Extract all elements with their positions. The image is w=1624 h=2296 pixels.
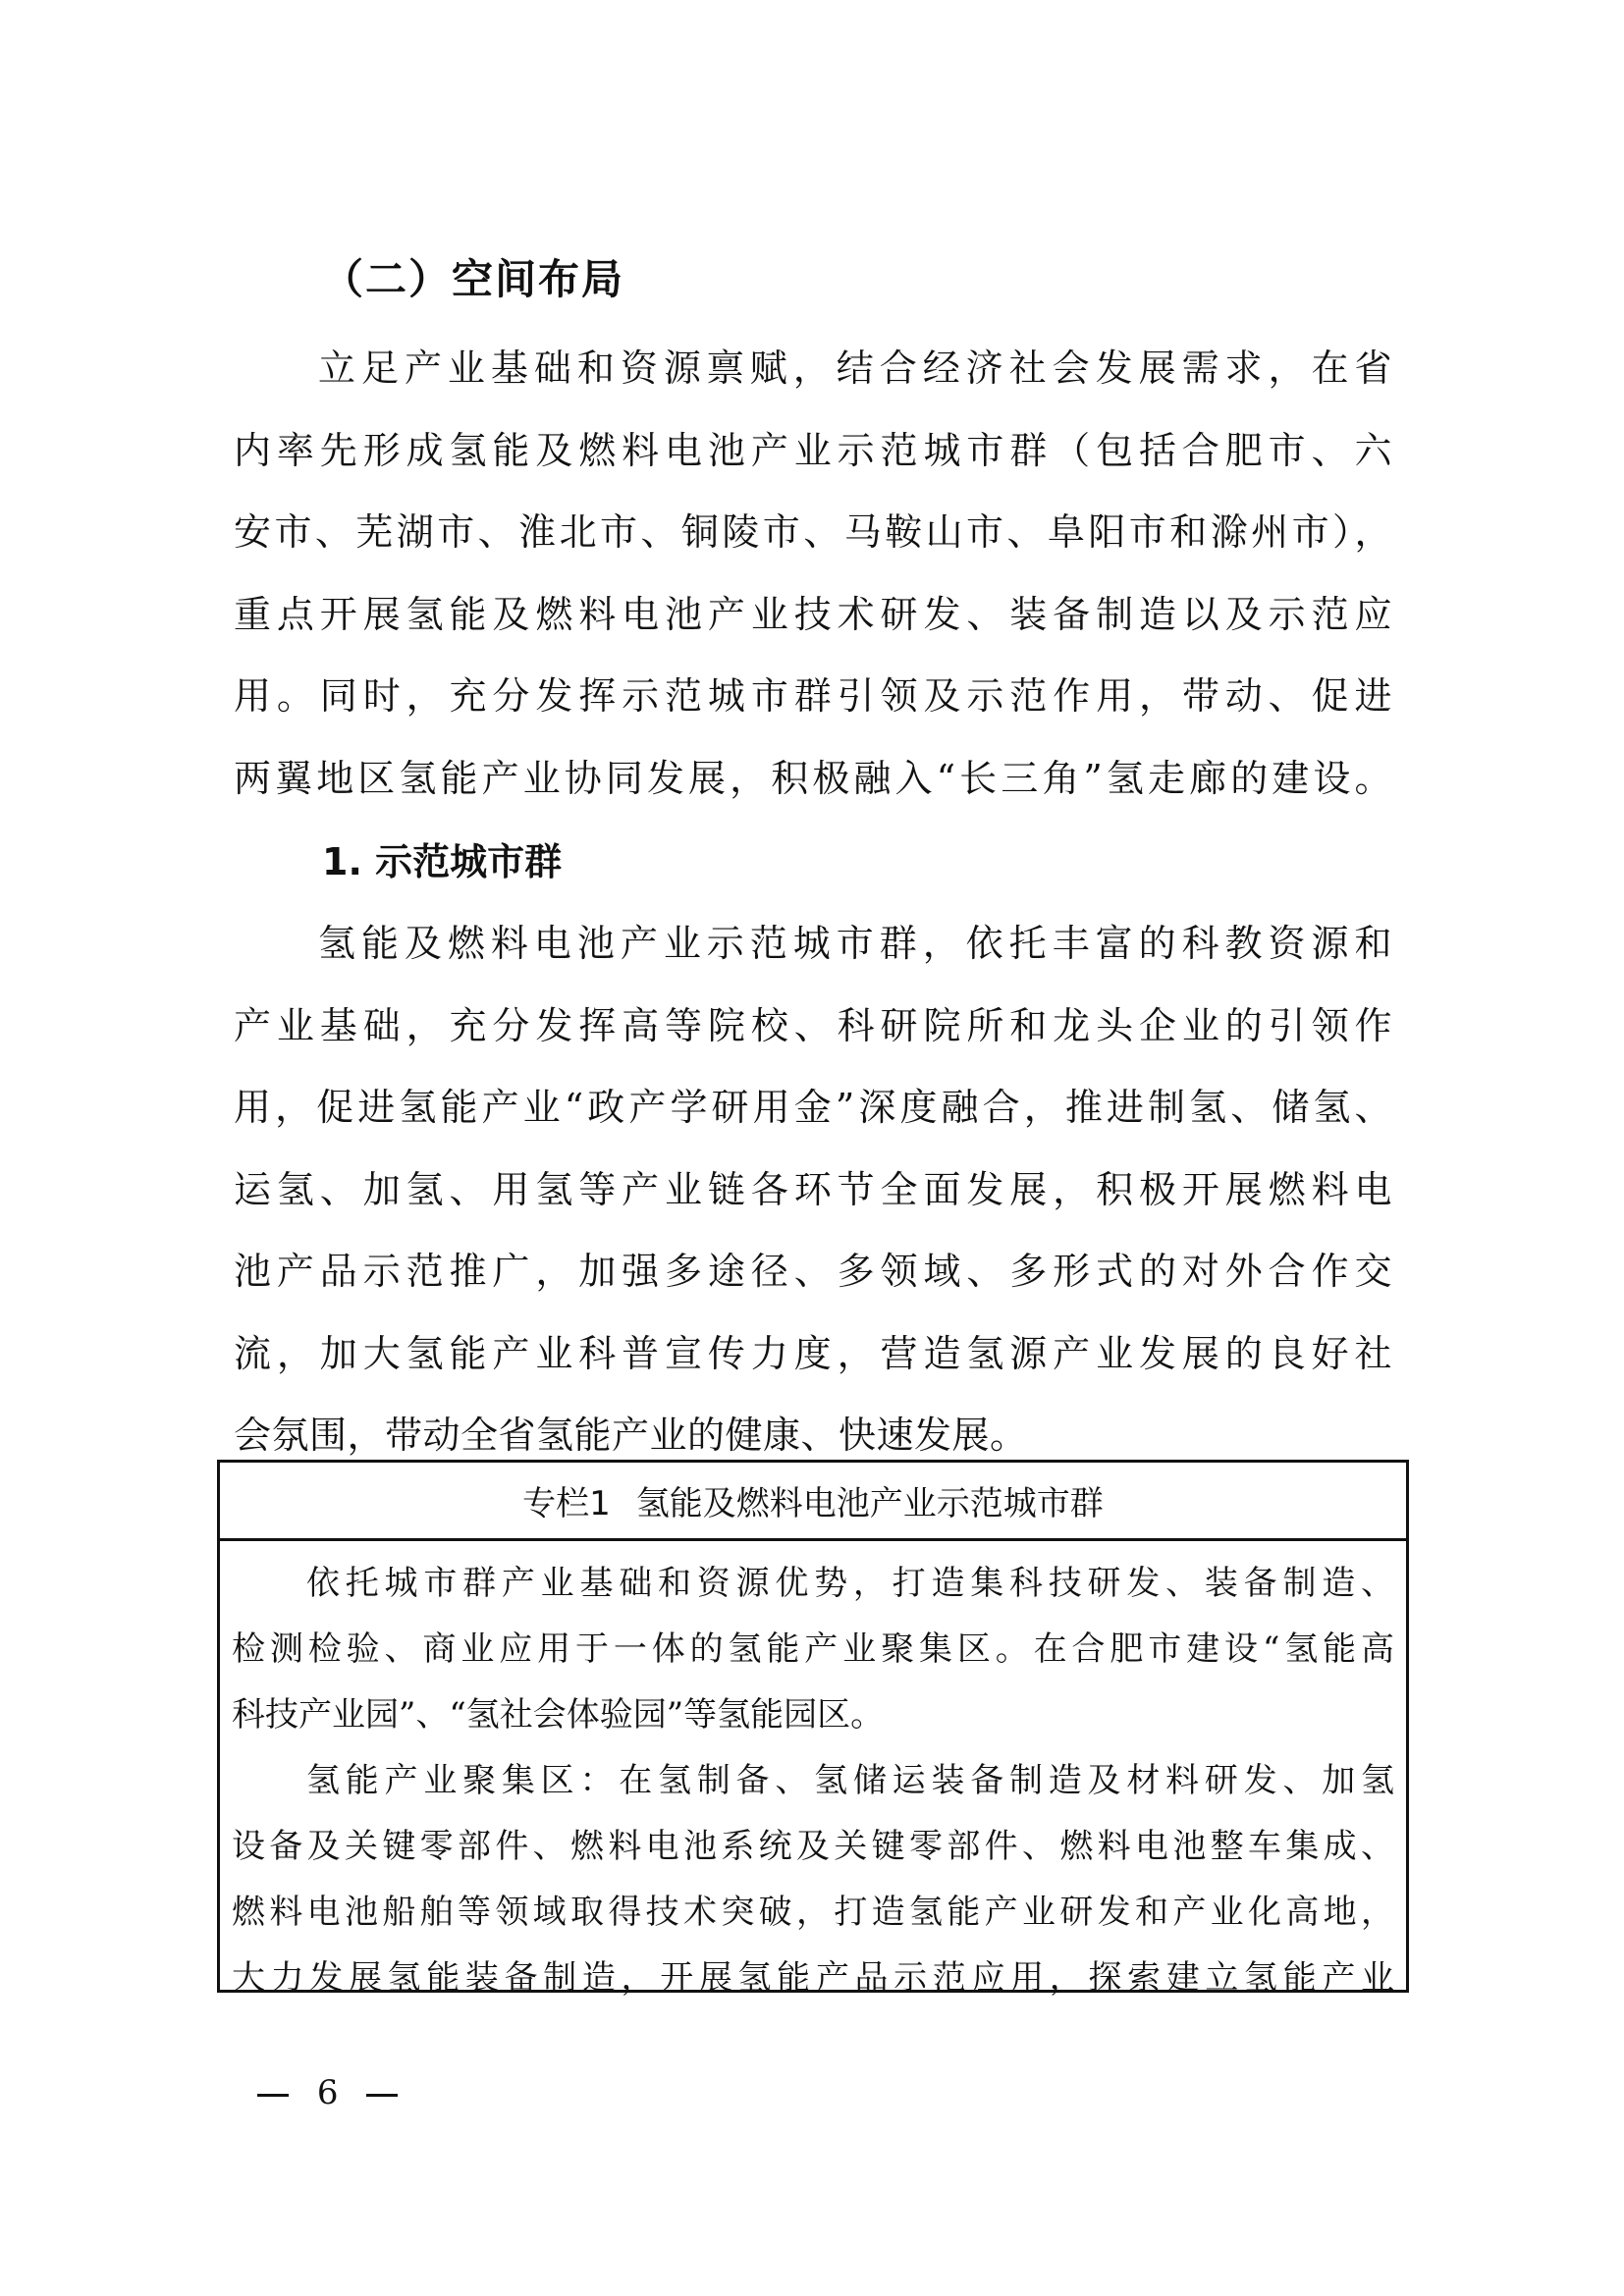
box-body: 依托城市群产业基础和资源优势，打造集科技研发、装备制造、 检测检验、商业应用于一… (220, 1551, 1406, 2011)
paragraph-line: 运氢、加氢、用氢等产业链各环节全面发展，积极开展燃料电 (234, 1149, 1392, 1232)
paragraph-line: 立足产业基础和资源禀赋，结合经济社会发展需求，在省 (234, 328, 1392, 410)
box-line: 科技产业园”、“氢社会体验园”等氢能园区。 (232, 1682, 1394, 1748)
dash-right (366, 2094, 398, 2097)
paragraph-line: 产业基础，充分发挥高等院校、科研院所和龙头企业的引领作 (234, 986, 1392, 1068)
paragraph-line: 流，加大氢能产业科普宣传力度，营造氢源产业发展的良好社 (234, 1313, 1392, 1396)
paragraph-line: 内率先形成氢能及燃料电池产业示范城市群（包括合肥市、六 (234, 410, 1392, 493)
subsection-heading: 1. 示范城市群 (322, 832, 562, 891)
box-line: 氢能产业聚集区：在氢制备、氢储运装备制造及材料研发、加氢 (232, 1748, 1394, 1814)
box-title: 专栏1 氢能及燃料电池产业示范城市群 (220, 1463, 1406, 1541)
box-line: 检测检验、商业应用于一体的氢能产业聚集区。在合肥市建设“氢能高 (232, 1617, 1394, 1682)
paragraph-line: 用，促进氢能产业“政产学研用金”深度融合，推进制氢、储氢、 (234, 1067, 1392, 1149)
box-line: 燃料电池船舶等领域取得技术突破，打造氢能产业研发和产业化高地， (232, 1880, 1394, 1946)
paragraph-line: 用。同时，充分发挥示范城市群引领及示范作用，带动、促进 (234, 656, 1392, 738)
box-line: 大力发展氢能装备制造，开展氢能产品示范应用，探索建立氢能产业 (232, 1946, 1394, 2011)
paragraph-line: 重点开展氢能及燃料电池产业技术研发、装备制造以及示范应 (234, 574, 1392, 657)
box-title-number: 专栏1 (522, 1476, 611, 1524)
section-heading: （二）空间布局 (322, 250, 624, 309)
box-line: 依托城市群产业基础和资源优势，打造集科技研发、装备制造、 (232, 1551, 1394, 1617)
dash-left (257, 2094, 289, 2097)
paragraph-line: 池产品示范推广，加强多途径、多领域、多形式的对外合作交 (234, 1231, 1392, 1313)
subsection-paragraph: 氢能及燃料电池产业示范城市群，依托丰富的科教资源和 产业基础，充分发挥高等院校、… (234, 903, 1392, 1477)
paragraph-line: 氢能及燃料电池产业示范城市群，依托丰富的科教资源和 (234, 903, 1392, 986)
special-column-box: 专栏1 氢能及燃料电池产业示范城市群 依托城市群产业基础和资源优势，打造集科技研… (217, 1460, 1409, 1993)
section-paragraph: 立足产业基础和资源禀赋，结合经济社会发展需求，在省 内率先形成氢能及燃料电池产业… (234, 328, 1392, 820)
page-number: 6 (257, 2073, 398, 2112)
paragraph-line: 安市、芜湖市、淮北市、铜陵市、马鞍山市、阜阳市和滁州市）， (234, 492, 1392, 574)
paragraph-line: 两翼地区氢能产业协同发展，积极融入“长三角”氢走廊的建设。 (234, 738, 1392, 821)
box-line: 设备及关键零部件、燃料电池系统及关键零部件、燃料电池整车集成、 (232, 1814, 1394, 1880)
box-title-text: 氢能及燃料电池产业示范城市群 (636, 1476, 1104, 1524)
page-number-value: 6 (317, 2073, 339, 2112)
document-page: （二）空间布局 立足产业基础和资源禀赋，结合经济社会发展需求，在省 内率先形成氢… (0, 0, 1624, 2296)
